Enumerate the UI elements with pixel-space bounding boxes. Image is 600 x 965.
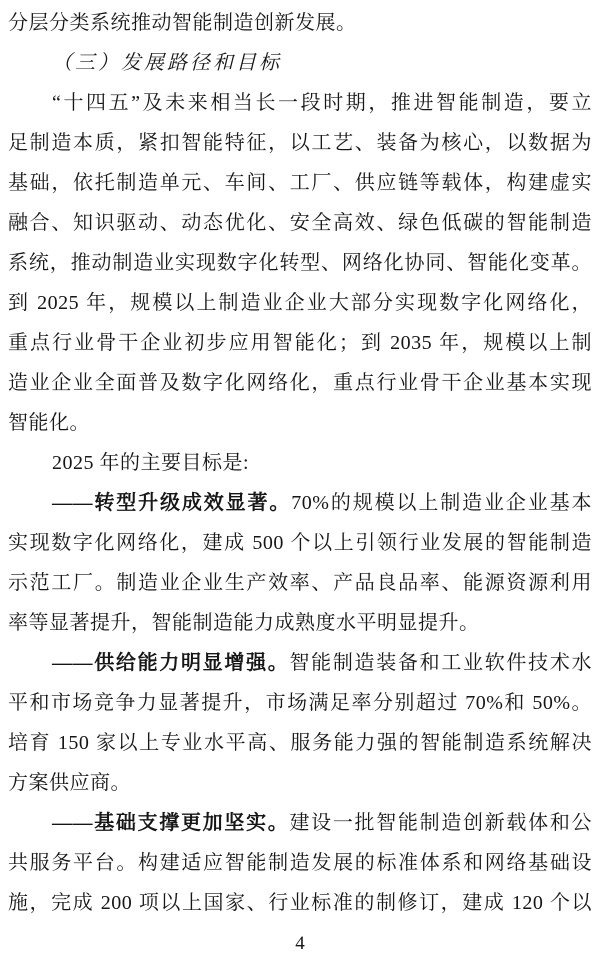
text-line: 重点行业骨干企业初步应用智能化；到 2035 年，规模以上制 xyxy=(8,323,592,363)
bold-lead-text: ——供给能力明显增强。 xyxy=(52,652,289,674)
text-line: 造业企业全面普及数字化网络化，重点行业骨干企业基本实现 xyxy=(8,363,592,403)
body-text: 方案供应商。 xyxy=(8,772,131,794)
text-line: 实现数字化网络化，建成 500 个以上引领行业发展的智能制造 xyxy=(8,523,592,563)
text-line: ——供给能力明显增强。智能制造装备和工业软件技术水 xyxy=(8,643,592,683)
body-text: 造业企业全面普及数字化网络化，重点行业骨干企业基本实现 xyxy=(8,372,592,394)
text-line: 融合、知识驱动、动态优化、安全高效、绿色低碳的智能制造 xyxy=(8,203,592,243)
body-text: 融合、知识驱动、动态优化、安全高效、绿色低碳的智能制造 xyxy=(8,212,592,234)
text-line: 共服务平台。构建适应智能制造发展的标准体系和网络基础设 xyxy=(8,843,592,883)
body-text: 施，完成 200 项以上国家、行业标准的制修订，建成 120 个以 xyxy=(8,892,592,914)
body-text: （三）发展路径和目标 xyxy=(52,52,282,74)
bold-lead-text: ——基础支撑更加坚实。 xyxy=(52,812,289,834)
page-number: 4 xyxy=(0,933,600,955)
text-line: 系统，推动制造业实现数字化转型、网络化协同、智能化变革。 xyxy=(8,243,592,283)
body-text: 建设一批智能制造创新载体和公 xyxy=(289,812,592,834)
body-text: 到 2025 年，规模以上制造业企业大部分实现数字化网络化， xyxy=(8,292,592,314)
text-line: “十四五”及未来相当长一段时期，推进智能制造，要立 xyxy=(8,83,592,123)
bold-lead-text: ——转型升级成效显著。 xyxy=(52,492,291,514)
text-line: 基础，依托制造单元、车间、工厂、供应链等载体，构建虚实 xyxy=(8,163,592,203)
body-text: 平和市场竞争力显著提升，市场满足率分别超过 70%和 50%。 xyxy=(8,692,592,714)
body-text: “十四五”及未来相当长一段时期，推进智能制造，要立 xyxy=(52,92,592,114)
text-line: 2025 年的主要目标是: xyxy=(8,443,592,483)
body-text: 70%的规模以上制造业企业基本 xyxy=(291,492,592,514)
body-text: 示范工厂。制造业企业生产效率、产品良品率、能源资源利用 xyxy=(8,572,592,594)
text-line: 示范工厂。制造业企业生产效率、产品良品率、能源资源利用 xyxy=(8,563,592,603)
text-line: 培育 150 家以上专业水平高、服务能力强的智能制造系统解决 xyxy=(8,723,592,763)
body-text: 智能制造装备和工业软件技术水 xyxy=(289,652,592,674)
section-heading: （三）发展路径和目标 xyxy=(8,43,592,83)
text-line: 方案供应商。 xyxy=(8,763,592,803)
body-text: 共服务平台。构建适应智能制造发展的标准体系和网络基础设 xyxy=(8,852,592,874)
body-text: 基础，依托制造单元、车间、工厂、供应链等载体，构建虚实 xyxy=(8,172,592,194)
text-line: 分层分类系统推动智能制造创新发展。 xyxy=(8,3,592,43)
text-line: ——转型升级成效显著。70%的规模以上制造业企业基本 xyxy=(8,483,592,523)
body-text: 培育 150 家以上专业水平高、服务能力强的智能制造系统解决 xyxy=(8,732,592,754)
text-line: 智能化。 xyxy=(8,403,592,443)
body-text: 2025 年的主要目标是: xyxy=(52,452,249,474)
body-text: 实现数字化网络化，建成 500 个以上引领行业发展的智能制造 xyxy=(8,532,592,554)
document-page: 分层分类系统推动智能制造创新发展。（三）发展路径和目标“十四五”及未来相当长一段… xyxy=(0,0,600,965)
text-line: 率等显著提升，智能制造能力成熟度水平明显提升。 xyxy=(8,603,592,643)
body-text: 足制造本质，紧扣智能特征，以工艺、装备为核心，以数据为 xyxy=(8,132,592,154)
body-text: 重点行业骨干企业初步应用智能化；到 2035 年，规模以上制 xyxy=(8,332,592,354)
text-line: 施，完成 200 项以上国家、行业标准的制修订，建成 120 个以 xyxy=(8,883,592,923)
document-lines: 分层分类系统推动智能制造创新发展。（三）发展路径和目标“十四五”及未来相当长一段… xyxy=(0,0,600,923)
body-text: 分层分类系统推动智能制造创新发展。 xyxy=(8,12,357,34)
text-line: ——基础支撑更加坚实。建设一批智能制造创新载体和公 xyxy=(8,803,592,843)
body-text: 系统，推动制造业实现数字化转型、网络化协同、智能化变革。 xyxy=(8,252,592,274)
text-line: 平和市场竞争力显著提升，市场满足率分别超过 70%和 50%。 xyxy=(8,683,592,723)
body-text: 智能化。 xyxy=(8,412,90,434)
body-text: 率等显著提升，智能制造能力成熟度水平明显提升。 xyxy=(8,612,480,634)
text-line: 到 2025 年，规模以上制造业企业大部分实现数字化网络化， xyxy=(8,283,592,323)
text-line: 足制造本质，紧扣智能特征，以工艺、装备为核心，以数据为 xyxy=(8,123,592,163)
